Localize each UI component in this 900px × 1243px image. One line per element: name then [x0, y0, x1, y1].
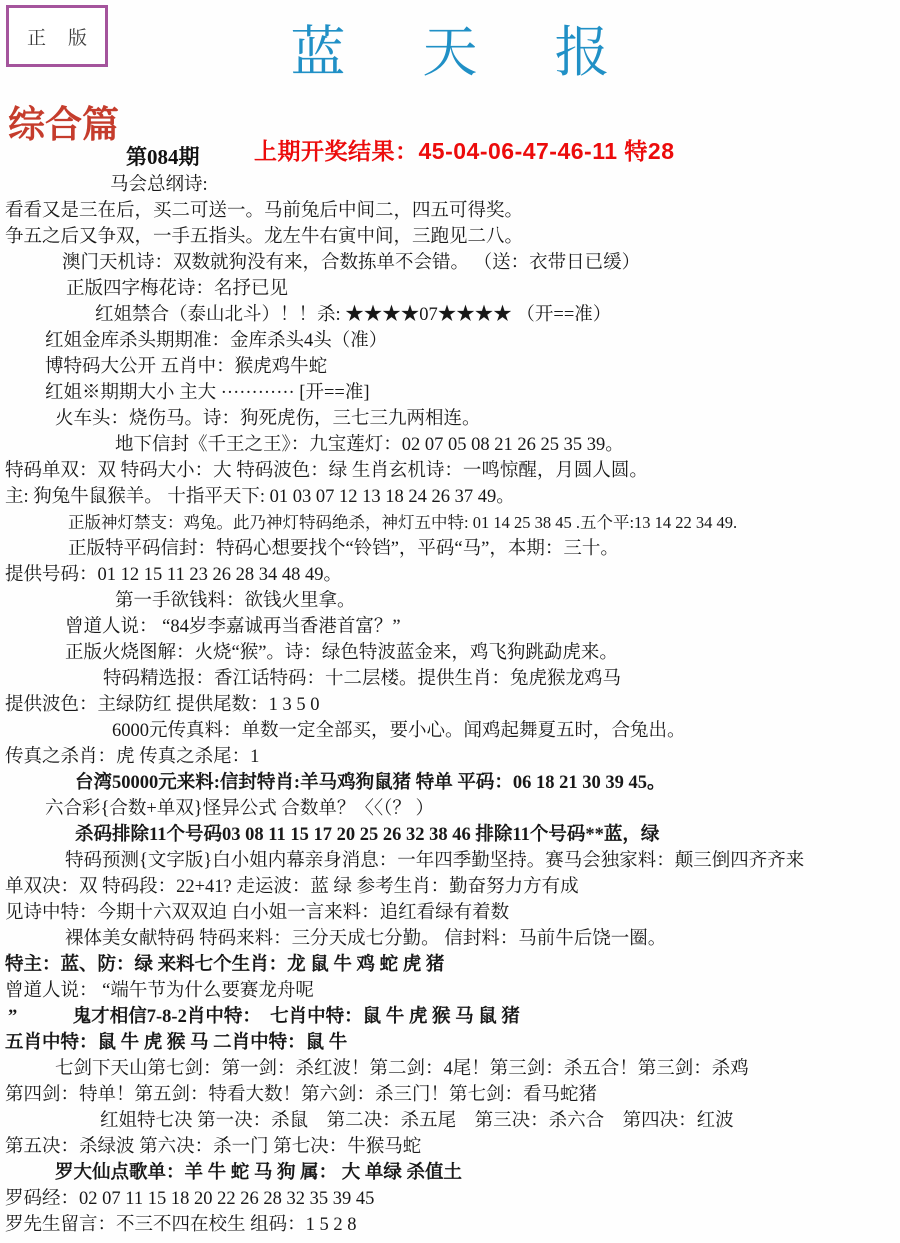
text-line: 争五之后又争双，一手五指头。龙左牛右寅中间，三跑见二八。 [0, 224, 900, 250]
text-line: 六合彩{合数+单双}怪异公式 合数单？〈〈（？ ） [0, 796, 900, 822]
text-line: 见诗中特：今期十六双双迫 白小姐一言来料：追红看绿有着数 [0, 900, 900, 926]
body-text: 马会总纲诗: 看看又是三在后，买二可送一。马前兔后中间二，四五可得奖。 争五之后… [0, 172, 900, 1238]
text-line: 看看又是三在后，买二可送一。马前兔后中间二，四五可得奖。 [0, 198, 900, 224]
section-title: 综合篇 [8, 94, 119, 148]
text-line: 单双决：双 特码段：22+41? 走运波：蓝 绿 参考生肖：勤奋努力方有成 [0, 874, 900, 900]
text-line: 正版四字梅花诗：名抒已见 [0, 276, 900, 302]
text-line: 特主：蓝、防：绿 来料七个生肖：龙 鼠 牛 鸡 蛇 虎 猪 [0, 952, 900, 978]
text-line: 博特码大公开 五肖中：猴虎鸡牛蛇 [0, 354, 900, 380]
text-line: 五肖中特：鼠 牛 虎 猴 马 二肖中特：鼠 牛 [0, 1030, 900, 1056]
text-line: 罗码经：02 07 11 15 18 20 22 26 28 32 35 39 … [0, 1186, 900, 1212]
text-line: 曾道人说： “端午节为什么要赛龙舟呢 [0, 978, 900, 1004]
text-line: 罗先生留言：不三不四在校生 组码：1 5 2 8 [0, 1212, 900, 1238]
text-line: 第四剑：特单！第五剑：特看大数！第六剑：杀三门！第七剑：看马蛇猪 [0, 1082, 900, 1108]
text-line: 提供波色：主绿防红 提供尾数：1 3 5 0 [0, 692, 900, 718]
text-line: 红姐金库杀头期期准：金库杀头4头（准） [0, 328, 900, 354]
text-line: 红姐※期期大小 主大 ············ [开==准] [0, 380, 900, 406]
text-line: 台湾50000元来料:信封特肖:羊马鸡狗鼠猪 特单 平码：06 18 21 30… [0, 770, 900, 796]
text-line: 6000元传真料：单数一定全部买，要小心。闻鸡起舞夏五时，合兔出。 [0, 718, 900, 744]
text-line: 杀码排除11个号码03 08 11 15 17 20 25 26 32 38 4… [0, 822, 900, 848]
text-line: 裸体美女献特码 特码来料：三分天成七分勤。 信封料：马前牛后饶一圈。 [0, 926, 900, 952]
text-line: 特码精选报：香江话特码：十二层楼。提供生肖：兔虎猴龙鸡马 [0, 666, 900, 692]
text-line: 第五决：杀绿波 第六决：杀一门 第七决：牛猴马蛇 [0, 1134, 900, 1160]
text-line: 正版火烧图解：火烧“猴”。诗：绿色特波蓝金来，鸡飞狗跳勐虎来。 [0, 640, 900, 666]
text-line: 七剑下天山第七剑：第一剑：杀红波！第二剑：4尾！第三剑：杀五合！第三剑：杀鸡 [0, 1056, 900, 1082]
text-line: 特码单双：双 特码大小：大 特码波色：绿 生肖玄机诗：一鸣惊醒，月圆人圆。 [0, 458, 900, 484]
text-line: ” 鬼才相信7-8-2肖中特： 七肖中特：鼠 牛 虎 猴 马 鼠 猪 [0, 1004, 900, 1030]
previous-draw-result: 上期开奖结果：45-04-06-47-46-11 特28 [254, 133, 675, 166]
text-line: 火车头：烧伤马。诗：狗死虎伤，三七三九两相连。 [0, 406, 900, 432]
text-line: 地下信封《千王之王》：九宝莲灯：02 07 05 08 21 26 25 35 … [0, 432, 900, 458]
text-line: 红姐特七决 第一决：杀鼠 第二决：杀五尾 第三决：杀六合 第四决：红波 [0, 1108, 900, 1134]
text-line: 正版神灯禁支：鸡兔。此乃神灯特码绝杀，神灯五中特: 01 14 25 38 45… [0, 510, 900, 536]
text-line: 澳门天机诗：双数就狗没有来，合数拣单不会错。 （送：衣带日已缓） [0, 250, 900, 276]
text-line: 马会总纲诗: [0, 172, 900, 198]
text-line: 曾道人说： “84岁李嘉诚再当香港首富？” [0, 614, 900, 640]
text-line: 主: 狗兔牛鼠猴羊。 十指平天下: 01 03 07 12 13 18 24 2… [0, 484, 900, 510]
issue-number: 第084期 [126, 141, 200, 171]
text-line: 罗大仙点歌单：羊 牛 蛇 马 狗 属： 大 单绿 杀值土 [0, 1160, 900, 1186]
text-line: 传真之杀肖：虎 传真之杀尾：1 [0, 744, 900, 770]
paper-title: 蓝天报 [0, 8, 900, 87]
text-line: 正版特平码信封：特码心想要找个“铃铛”，平码“马”，本期：三十。 [0, 536, 900, 562]
text-line: 提供号码：01 12 15 11 23 26 28 34 48 49。 [0, 562, 900, 588]
scanned-lottery-sheet: 正版 蓝天报 综合篇 第084期 上期开奖结果：45-04-06-47-46-1… [0, 0, 900, 1243]
text-line: 特码预测{文字版}白小姐内幕亲身消息：一年四季勤坚持。赛马会独家料：颠三倒四齐齐… [0, 848, 900, 874]
text-line: 红姐禁合（泰山北斗）！！杀: ★★★★07★★★★ （开==准） [0, 302, 900, 328]
text-line: 第一手欲钱料：欲钱火里拿。 [0, 588, 900, 614]
